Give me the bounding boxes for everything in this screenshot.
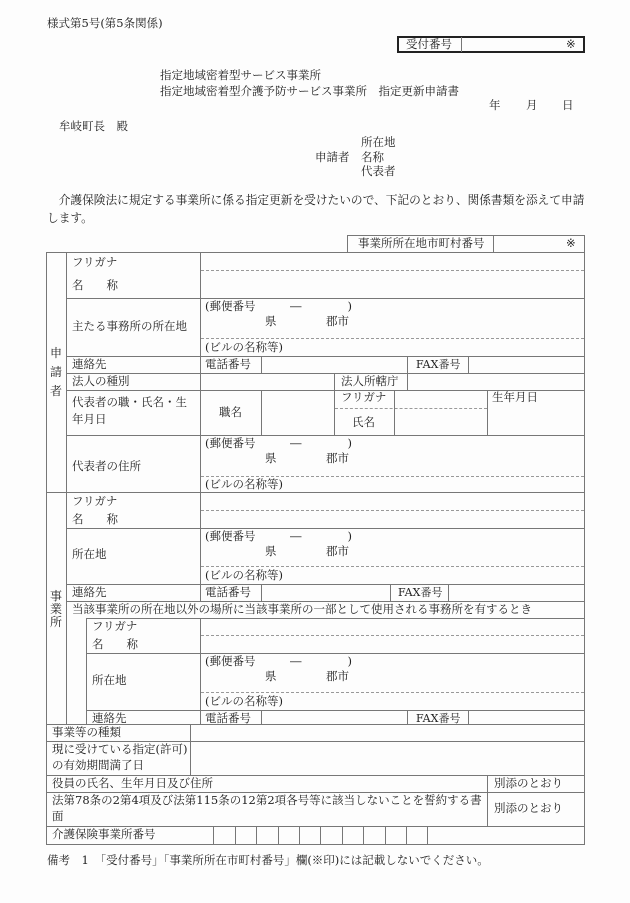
- pledge-value: 別添のとおり: [494, 803, 563, 815]
- rep-label-line-1: 代表者の職・氏名・生: [72, 397, 187, 409]
- branch-furigana-field[interactable]: [202, 619, 582, 634]
- office-contact-label: 連絡先: [72, 587, 107, 599]
- applicant-section-label: 申 請 者: [49, 346, 63, 399]
- office-building: (ビルの名称等): [205, 570, 283, 582]
- rep-birthdate-field[interactable]: [488, 408, 583, 434]
- applicant-header-label: 申請者: [315, 152, 350, 164]
- insurance-digit-5[interactable]: [300, 827, 319, 843]
- applicant-header-representative: 代表者: [361, 166, 396, 178]
- office-address-field[interactable]: [202, 530, 582, 565]
- date-day: 日: [562, 100, 574, 112]
- branch-name-field[interactable]: [202, 637, 582, 652]
- office-furigana-field[interactable]: [202, 493, 582, 508]
- addressee: 牟岐町長 殿: [59, 121, 128, 133]
- office-section-label: 事 業 所: [49, 590, 63, 629]
- reception-number-field[interactable]: [462, 38, 562, 51]
- office-phone-field[interactable]: [262, 585, 389, 600]
- applicant-header-address: 所在地: [361, 137, 396, 149]
- office-phone-label: 電話番号: [205, 587, 251, 599]
- main-office-building: (ビルの名称等): [205, 342, 283, 354]
- applicant-contact-label: 連絡先: [72, 359, 107, 371]
- reception-mark: ※: [566, 39, 576, 51]
- expiry-label-line-1: 現に受けている指定(許可): [52, 744, 187, 756]
- rep-address-label: 代表者の住所: [72, 461, 141, 473]
- rep-position-field[interactable]: [262, 391, 333, 434]
- applicant-name-field[interactable]: [202, 273, 582, 297]
- branch-address-field[interactable]: [202, 655, 582, 691]
- office-fax-field[interactable]: [449, 585, 583, 600]
- date-month: 月: [526, 100, 538, 112]
- branch-phone-field[interactable]: [262, 711, 406, 723]
- municipality-mark: ※: [566, 238, 576, 250]
- rep-name-field[interactable]: [395, 410, 486, 434]
- body-text-line-1: 介護保険法に規定する事業所に係る指定更新を受けたいので、下記のとおり、関係書類を…: [47, 195, 584, 207]
- rep-name-label: 氏名: [352, 417, 375, 429]
- business-type-label: 事業等の種類: [52, 727, 121, 739]
- insurance-digit-1[interactable]: [214, 827, 234, 843]
- officers-value: 別添のとおり: [494, 778, 563, 790]
- branch-building: (ビルの名称等): [205, 696, 283, 708]
- main-office-address-field[interactable]: [202, 300, 582, 337]
- rep-address-field[interactable]: [202, 437, 582, 475]
- corp-authority-field[interactable]: [408, 374, 583, 389]
- applicant-phone-label: 電話番号: [205, 359, 251, 371]
- office-address-label: 所在地: [72, 549, 107, 561]
- body-text-line-2: します。: [47, 213, 93, 225]
- office-fax-label: FAX番号: [398, 587, 442, 598]
- rep-position-label: 職名: [219, 407, 242, 419]
- rep-label-line-2: 年月日: [72, 414, 107, 426]
- office-name-field[interactable]: [202, 512, 582, 527]
- applicant-fax-label: FAX番号: [416, 359, 460, 370]
- rep-furigana-field[interactable]: [395, 391, 486, 407]
- office-furigana-label: フリガナ: [72, 496, 117, 508]
- insurance-digit-2[interactable]: [236, 827, 255, 843]
- corp-type-field[interactable]: [202, 374, 332, 389]
- date-year: 年: [489, 100, 501, 112]
- rep-birthdate-label: 生年月日: [492, 392, 538, 404]
- title-line-1: 指定地域密着型サービス事業所: [160, 70, 321, 82]
- insurance-digit-6[interactable]: [321, 827, 341, 843]
- branch-name-label: 名 称: [92, 639, 138, 651]
- insurance-digit-10[interactable]: [407, 827, 426, 843]
- officers-label: 役員の氏名、生年月日及び住所: [52, 778, 213, 790]
- corp-type-label: 法人の種別: [72, 376, 130, 388]
- insurance-digit-9[interactable]: [386, 827, 405, 843]
- insurance-digit-8[interactable]: [364, 827, 384, 843]
- branch-address-label: 所在地: [92, 675, 127, 687]
- business-type-field[interactable]: [191, 725, 583, 740]
- office-name-label: 名 称: [72, 514, 118, 526]
- applicant-furigana-label: フリガナ: [72, 257, 117, 269]
- pledge-label-line-2: 面: [52, 811, 64, 823]
- pledge-label-line-1: 法第78条の2第4項及び法第115条の12第2項各号等に該当しないことを誓約する…: [52, 795, 482, 807]
- insurance-digit-7[interactable]: [343, 827, 362, 843]
- rep-address-building: (ビルの名称等): [205, 479, 283, 491]
- branch-phone-label: 電話番号: [205, 713, 251, 725]
- branch-contact-label: 連絡先: [92, 713, 127, 725]
- insurance-digit-4[interactable]: [279, 827, 298, 843]
- branch-fax-label: FAX番号: [416, 713, 460, 724]
- applicant-fax-field[interactable]: [469, 357, 583, 372]
- insurance-number-label: 介護保険事業所番号: [52, 829, 156, 841]
- branch-office-note: 当該事業所の所在地以外の場所に当該事業所の一部として使用される事務所を有するとき: [72, 604, 532, 616]
- municipality-number-field[interactable]: [494, 236, 562, 251]
- applicant-name-label: 名 称: [72, 280, 118, 292]
- expiry-date-field[interactable]: [191, 742, 583, 774]
- expiry-label-line-2: の有効期間満了日: [52, 760, 144, 772]
- form-number: 様式第5号(第5条関係): [47, 18, 163, 30]
- branch-furigana-label: フリガナ: [92, 621, 137, 633]
- municipality-number-label: 事業所所在地市町村番号: [358, 238, 485, 250]
- rep-furigana-label: フリガナ: [341, 392, 386, 404]
- applicant-furigana-field[interactable]: [202, 254, 582, 268]
- applicant-header-name: 名称: [361, 152, 384, 164]
- reception-number-label: 受付番号: [406, 39, 452, 51]
- branch-fax-field[interactable]: [469, 711, 583, 723]
- main-office-address-label: 主たる事務所の所在地: [72, 321, 187, 333]
- remarks: 備考 1 「受付番号」「事業所所在市町村番号」欄(※印)には記載しないでください…: [47, 855, 489, 867]
- applicant-phone-field[interactable]: [262, 357, 406, 372]
- insurance-digit-3[interactable]: [257, 827, 277, 843]
- title-line-2: 指定地域密着型介護予防サービス事業所 指定更新申請書: [160, 86, 459, 98]
- corp-authority-label: 法人所轄庁: [341, 376, 399, 388]
